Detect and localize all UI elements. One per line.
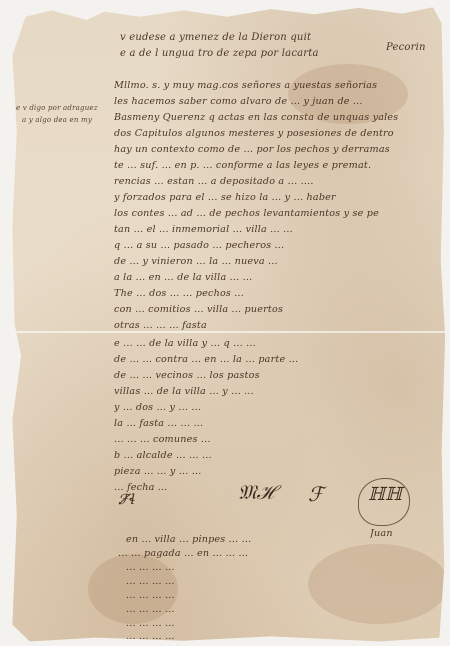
body-line: te ... suf. ... en p. ... conforme a las… (114, 160, 434, 171)
margin-line: e v digo por adraguez (16, 104, 116, 112)
body-line: de ... ... vecinos ... los pastos (114, 370, 434, 381)
body-line: con ... comitios ... villa ... puertos (114, 304, 434, 315)
signature-3: ℱ (308, 482, 324, 506)
body-line: villas ... de la villa ... y ... ... (114, 386, 434, 397)
signature-2: 𝔐ℋ (238, 480, 274, 504)
footer-line: ... ... ... ... (126, 604, 436, 615)
signature-1: ℱ̸ɬ (118, 492, 135, 508)
body-line: e ... ... de la villa y ... q ... ... (114, 338, 434, 349)
body-line: b ... alcalde ... ... ... (114, 450, 434, 461)
body-line: ... ... ... comunes ... (114, 434, 434, 445)
body-line: otras ... ... ... fasta (114, 320, 434, 331)
body-line: de ... y vinieron ... la ... nueva ... (114, 256, 434, 267)
header-line-1: v eudese a ymenez de la Dieron quit (120, 32, 380, 43)
body-line: y ... dos ... y ... ... (114, 402, 434, 413)
body-line: la ... fasta ... ... ... (114, 418, 434, 429)
body-line: de ... ... contra ... en ... la ... part… (114, 354, 434, 365)
signature-4: ℍℍ (368, 484, 402, 505)
header-line-2: e a de l ungua tro de zepa por lacarta (120, 48, 380, 59)
manuscript-page: v eudese a ymenez de la Dieron quit e a … (8, 4, 446, 644)
body-line: hay un contexto como de ... por los pech… (114, 144, 434, 155)
body-line: ... fecha ... (114, 482, 314, 493)
header-margin-note: Pecorin (386, 42, 446, 53)
footer-line: ... ... ... ... (126, 576, 436, 587)
fold-crease (8, 331, 446, 333)
footer-signature: Juan (370, 528, 410, 539)
body-line: Mllmo. s. y muy mag.cos señores a yuesta… (114, 80, 434, 91)
body-line: y forzados para el ... se hizo la ... y … (114, 192, 434, 203)
body-line: Basmeny Querenz q actas en las consta de… (114, 112, 434, 123)
body-line: The ... dos ... ... pechos ... (114, 288, 434, 299)
body-line: pieza ... ... y ... ... (114, 466, 434, 477)
footer-line: ... ... ... ... (126, 590, 436, 601)
footer-line: ... ... ... ... (126, 618, 436, 629)
body-line: rencias ... estan ... a depositado a ...… (114, 176, 434, 187)
body-line: les hacemos saber como alvaro de ... y j… (114, 96, 434, 107)
body-line: a la ... en ... de la villa ... ... (114, 272, 434, 283)
body-line: dos Capitulos algunos mesteres y posesio… (114, 128, 434, 139)
body-line: los contes ... ad ... de pechos levantam… (114, 208, 434, 219)
body-line: q ... a su ... pasado ... pecheros ... (114, 240, 434, 251)
margin-line: a y algo dea en my (22, 116, 116, 124)
footer-line: ... ... ... ... (126, 631, 426, 642)
body-line: tan ... el ... inmemorial ... villa ... … (114, 224, 434, 235)
footer-line: ... ... pagada ... en ... ... ... (118, 548, 438, 559)
footer-line: ... ... ... ... (126, 562, 436, 573)
